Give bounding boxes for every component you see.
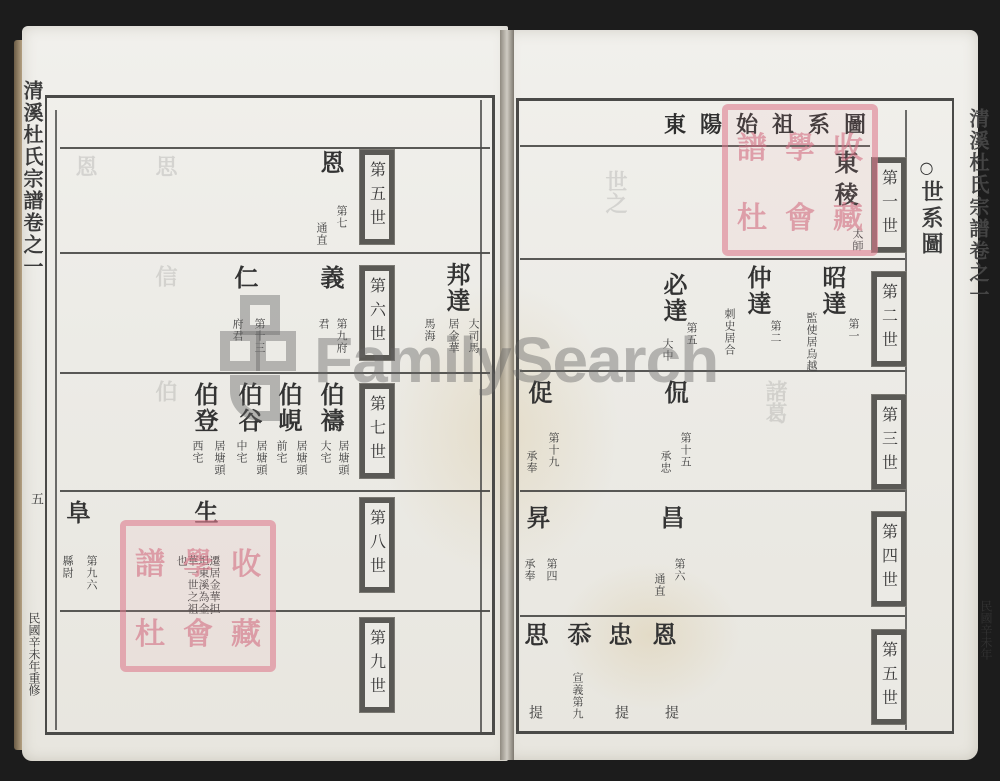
ancestor-note: 第一 [848,318,859,342]
ancestor-note: 大司馬 [468,318,479,354]
ancestor-note: 府君 [232,318,243,342]
generation-label-2: 第二世 [872,272,906,366]
ancestor-note: 通直 [316,222,327,246]
ancestor-note: 第十九 [548,432,559,468]
row-divider [520,490,905,492]
ancestor-name: 義 [318,265,342,291]
row-divider [60,490,490,492]
ancestor-note: 承忠 [660,450,671,474]
collection-seal: 譜學收 杜會藏 [722,104,878,256]
ancestor-name: 忝 [565,622,589,648]
ancestor-note: 第二 [770,320,781,344]
ancestor-note: 居金華 [448,318,459,354]
ancestor-note: 居塘頭 [214,440,225,476]
section-marker: ○ [918,158,934,177]
page-number: 五 [26,492,45,505]
section-title: 世系圖 [916,180,947,258]
ancestor-note: 宣義第九 [572,672,583,720]
generation-label-7: 第七世 [360,384,394,478]
spine-footer: 民國辛未年重修 [26,612,43,696]
ancestor-note: 第十三 [254,318,265,354]
rule [60,147,490,149]
generation-label-5: 第五世 [872,630,906,724]
ancestor-name: 昇 [524,505,548,531]
ancestor-note: 大宅 [320,440,331,464]
ancestor-note: 承奉 [526,450,537,474]
ancestor-note: 監使居烏越 [806,312,817,372]
row-divider [60,252,490,254]
ancestor-name: 伯峴 [276,382,300,434]
right-margin-footer: 民國辛未年 [978,600,995,660]
ancestor-note: 君 [318,318,329,330]
ancestor-note: 前宅 [276,440,287,464]
ancestor-name: 仲達 [745,265,769,317]
ancestor-note: 提 [528,705,542,720]
generation-label-4: 第四世 [872,512,906,606]
row-divider [520,258,905,260]
ancestor-note: 居塘頭 [296,440,307,476]
generation-label-3: 第三世 [872,395,906,489]
ancestor-name: 恩 [650,622,674,648]
ancestor-note: 第九六 [86,555,97,591]
ancestor-note: 居塘頭 [338,440,349,476]
ancestor-note: 第四 [546,558,557,582]
ancestor-note: 縣尉 [62,555,73,579]
ancestor-name: 思 [522,622,546,648]
ancestor-note: 第五 [686,322,697,346]
ancestor-note: 第十五 [680,432,691,468]
ancestor-note: 通直 [654,573,665,597]
ancestor-note: 大中 [662,338,673,362]
ancestor-note: 居塘頭 [256,440,267,476]
ancestor-name: 忠 [606,622,630,648]
row-divider [520,615,905,617]
rule [480,100,482,732]
ancestor-name: 伯禱 [318,382,342,434]
ancestor-name: 邦達 [444,262,468,314]
ancestor-note: 承奉 [524,558,535,582]
ancestor-name: 伯登 [192,382,216,434]
ancestor-note: 中宅 [236,440,247,464]
ancestor-name: 昌 [658,505,682,531]
generation-label-8: 第八世 [360,498,394,592]
ancestor-name: 恩 [318,150,342,176]
generation-label-5: 第五世 [360,150,394,244]
generation-label-6: 第六世 [360,266,394,360]
ancestor-note: 第九府 [336,318,347,354]
ancestor-note: 馬海 [424,318,435,342]
generation-label-9: 第九世 [360,618,394,712]
ancestor-name: 必達 [661,272,685,324]
row-divider [520,370,905,372]
rule [55,110,57,730]
ancestor-note: 西宅 [192,440,203,464]
ancestor-name: 伯谷 [236,382,260,434]
row-divider [60,372,490,374]
right-margin-book-title: 清溪杜氏宗譜卷之一 [964,108,993,306]
ancestor-note: 第六 [674,558,685,582]
ancestor-name: 阜 [64,500,88,526]
ancestor-name: 仁 [232,265,256,291]
spine-book-title: 清溪杜氏宗譜卷之一 [18,80,47,278]
ancestor-name: 促 [526,380,550,406]
ancestor-name: 侃 [662,380,686,406]
collection-seal: 譜學收 杜會藏 [120,520,276,672]
ancestor-note: 刺史居合 [724,308,735,356]
ancestor-note: 提 [664,705,678,720]
ancestor-note: 第七 [336,205,347,229]
ancestor-name: 昭達 [820,265,844,317]
ancestor-note: 提 [614,705,628,720]
